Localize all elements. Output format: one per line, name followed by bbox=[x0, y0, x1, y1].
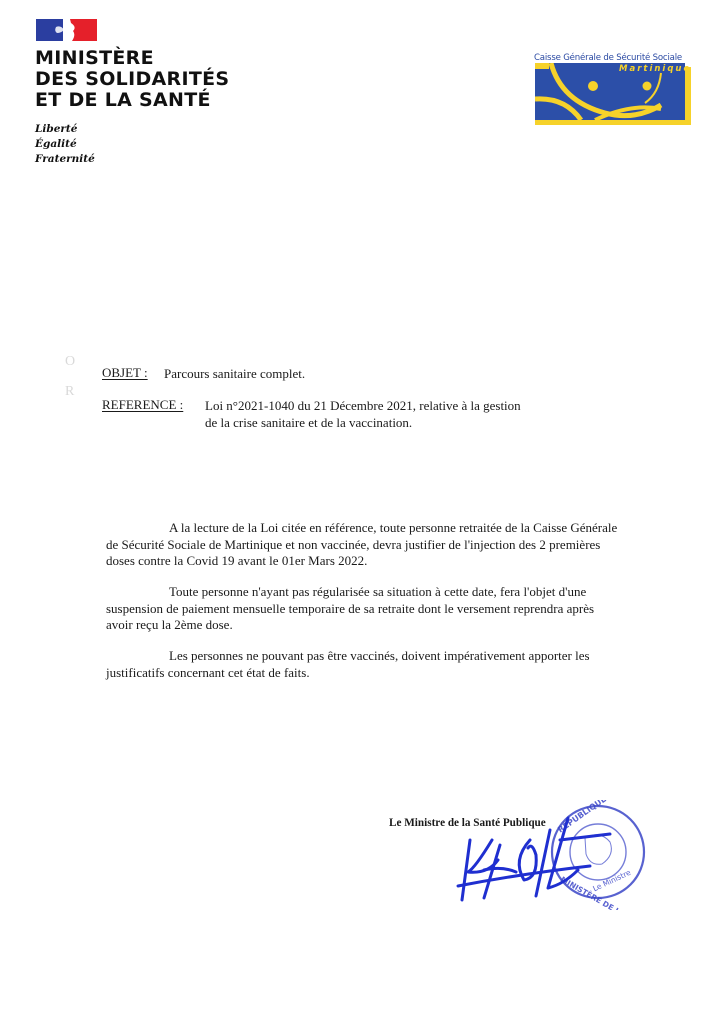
marianne-flag-icon bbox=[36, 19, 97, 41]
republic-motto: Liberté Égalité Fraternité bbox=[35, 122, 95, 167]
margin-mark: O bbox=[65, 354, 75, 370]
paragraph-text: A la lecture de la Loi citée en référenc… bbox=[106, 520, 617, 568]
cgss-caption: Caisse Générale de Sécurité Sociale bbox=[534, 53, 694, 63]
cgss-subtitle: Martinique bbox=[619, 64, 691, 74]
reference-line-1: Loi n°2021-1040 du 21 Décembre 2021, rel… bbox=[205, 397, 521, 414]
subject-label: OBJET : bbox=[102, 365, 148, 381]
body-paragraph-2: Toute personne n'ayant pas régularisée s… bbox=[106, 584, 621, 634]
body-paragraph-1: A la lecture de la Loi citée en référenc… bbox=[106, 520, 621, 570]
subject-value: Parcours sanitaire complet. bbox=[164, 365, 305, 382]
signature-block: RÉPUBLIQUE DE Le Ministre MINISTÈRE DE L… bbox=[440, 800, 660, 910]
ministry-line-2: DES SOLIDARITÉS bbox=[35, 69, 229, 90]
reference-line-2: de la crise sanitaire et de la vaccinati… bbox=[205, 414, 521, 431]
paragraph-text: Toute personne n'ayant pas régularisée s… bbox=[106, 584, 594, 632]
reference-value: Loi n°2021-1040 du 21 Décembre 2021, rel… bbox=[205, 397, 521, 431]
ministry-name: MINISTÈRE DES SOLIDARITÉS ET DE LA SANTÉ bbox=[35, 48, 229, 111]
motto-liberte: Liberté bbox=[35, 122, 95, 137]
ministry-line-3: ET DE LA SANTÉ bbox=[35, 90, 229, 111]
margin-mark: R bbox=[65, 384, 74, 400]
reference-label: REFERENCE : bbox=[102, 397, 183, 413]
motto-egalite: Égalité bbox=[35, 137, 95, 152]
body-paragraph-3: Les personnes ne pouvant pas être vaccin… bbox=[106, 648, 616, 681]
official-stamp-icon: RÉPUBLIQUE DE Le Ministre MINISTÈRE DE L… bbox=[552, 800, 653, 910]
ministry-line-1: MINISTÈRE bbox=[35, 48, 229, 69]
motto-fraternite: Fraternité bbox=[35, 152, 95, 167]
paragraph-text: Les personnes ne pouvant pas être vaccin… bbox=[106, 648, 590, 680]
